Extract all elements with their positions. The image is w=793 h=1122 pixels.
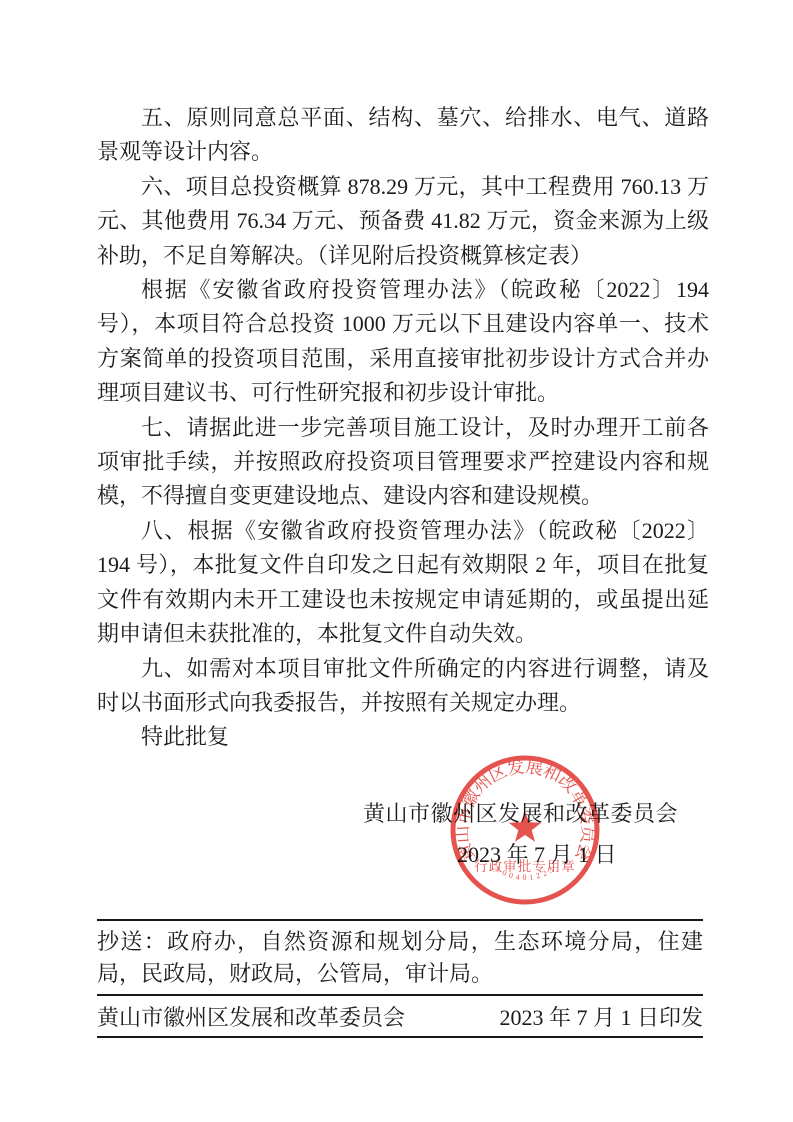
paragraph-8: 八、根据《安徽省政府投资管理办法》（皖政秘〔2022〕194 号），本批复文件自… <box>97 514 709 652</box>
official-seal: 黄山市徽州区发展和改革委员会 行政审批专用章 3410040122395 <box>440 745 610 915</box>
paragraph-9: 九、如需对本项目审批文件所确定的内容进行调整，请及时以书面形式向我委报告，并按照… <box>97 652 709 721</box>
paragraph-5: 五、原则同意总平面、结构、墓穴、给排水、电气、道路景观等设计内容。 <box>97 101 709 170</box>
document-page: 五、原则同意总平面、结构、墓穴、给排水、电气、道路景观等设计内容。 六、项目总投… <box>0 0 793 1122</box>
seal-label: 行政审批专用章 <box>474 858 576 874</box>
footer-publisher: 黄山市徽州区发展和改革委员会 <box>97 1001 405 1032</box>
cc-line: 抄送：政府办，自然资源和规划分局，生态环境分局，住建局，民政局，财政局，公管局，… <box>97 926 703 989</box>
seal-ring-text: 黄山市徽州区发展和改革委员会 <box>452 756 599 864</box>
footer-print-date: 2023 年 7 月 1 日印发 <box>499 1001 703 1032</box>
document-body: 五、原则同意总平面、结构、墓穴、给排水、电气、道路景观等设计内容。 六、项目总投… <box>97 101 709 755</box>
publisher-row: 黄山市徽州区发展和改革委员会 2023 年 7 月 1 日印发 <box>97 996 703 1038</box>
paragraph-6: 六、项目总投资概算 878.29 万元，其中工程费用 760.13 万元、其他费… <box>97 170 709 273</box>
paragraph-7: 七、请据此进一步完善项目施工设计，及时办理开工前各项审批手续，并按照政府投资项目… <box>97 411 709 514</box>
paragraph-basis: 根据《安徽省政府投资管理办法》（皖政秘〔2022〕194 号），本项目符合总投资… <box>97 273 709 411</box>
footer: 抄送：政府办，自然资源和规划分局，生态环境分局，住建局，民政局，财政局，公管局，… <box>97 919 703 1038</box>
closing-line: 特此批复 <box>97 720 709 754</box>
star-icon <box>509 811 541 842</box>
